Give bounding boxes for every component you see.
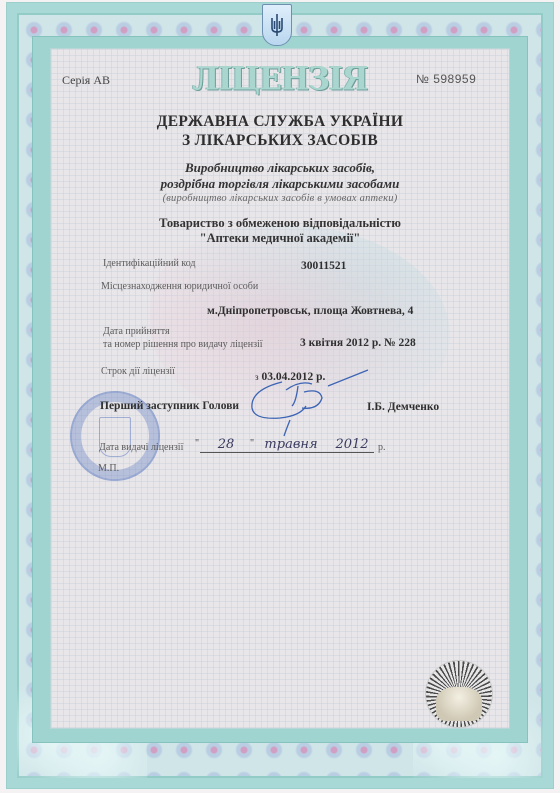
- term-label: Строк дії ліцензії: [101, 366, 175, 377]
- license-number: № 598959: [416, 72, 476, 86]
- signer-position: Перший заступник Голови: [100, 400, 239, 412]
- activity-line-2: роздрібна торгівля лікарськими засобами: [0, 176, 560, 192]
- licensed-activity: Виробництво лікарських засобів, роздрібн…: [0, 160, 560, 192]
- company-line-2: "Аптеки медичної академії": [0, 231, 560, 246]
- decision-value: 3 квітня 2012 р. № 228: [300, 337, 416, 349]
- seal-place-label: М.П.: [98, 463, 119, 474]
- handwritten-signature-icon: [240, 368, 380, 438]
- licensee-company: Товариство з обмеженою відповідальністю …: [0, 216, 560, 246]
- decision-label-line-1: Дата прийняття: [103, 325, 263, 338]
- quote-open: ": [195, 438, 199, 449]
- activity-line-1: Виробництво лікарських засобів,: [0, 160, 560, 176]
- security-hologram-icon: [426, 661, 492, 727]
- issue-month: травня: [252, 437, 330, 453]
- issuer-authority: ДЕРЖАВНА СЛУЖБА УКРАЇНИ З ЛІКАРСЬКИХ ЗАС…: [0, 112, 560, 150]
- issuer-line-1: ДЕРЖАВНА СЛУЖБА УКРАЇНИ: [0, 112, 560, 131]
- trident-coat-of-arms-icon: [262, 4, 292, 46]
- issuer-line-2: З ЛІКАРСЬКИХ ЗАСОБІВ: [0, 131, 560, 150]
- company-line-1: Товариство з обмеженою відповідальністю: [0, 216, 560, 231]
- issue-date-label: Дата видачі ліцензії: [99, 442, 183, 453]
- decision-label: Дата прийняття та номер рішення про вида…: [103, 325, 263, 351]
- activity-note: (виробництво лікарських засобів в умовах…: [0, 193, 560, 204]
- issue-year: 2012: [330, 437, 374, 453]
- issue-year-suffix: р.: [378, 442, 386, 453]
- issue-day: 28: [200, 437, 252, 453]
- id-code-label: Ідентифікаційний код: [103, 258, 196, 269]
- location-label: Місцезнаходження юридичної особи: [101, 281, 258, 292]
- id-code-value: 30011521: [301, 260, 346, 272]
- location-value: м.Дніпропетровськ, площа Жовтнева, 4: [207, 305, 413, 317]
- decision-label-line-2: та номер рішення про видачу ліцензії: [103, 338, 263, 351]
